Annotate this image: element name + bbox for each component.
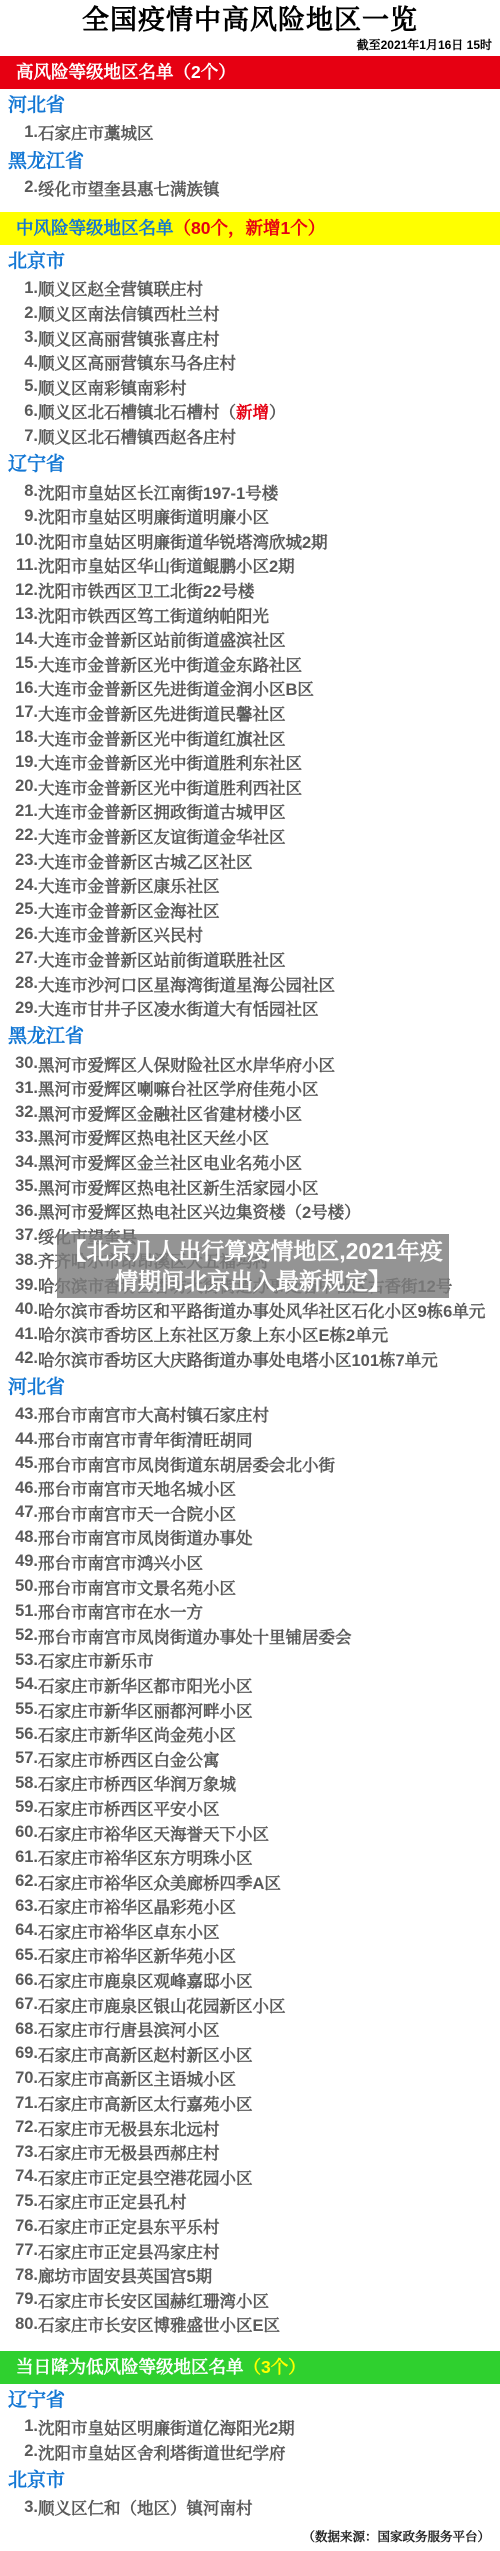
item-text: 石家庄市正定县孔村 [38,2189,187,2213]
list-item: 8.沈阳市皇姑区长江南街197-1号楼 [0,479,500,504]
list-item: 2.沈阳市皇姑区舍利塔街道世纪学府 [0,2439,500,2464]
list-item: 32.黑河市爱辉区金融社区省建材楼小区 [0,1101,500,1126]
item-number: 48. [0,1528,38,1547]
list-item: 52.邢台市南宫市凤岗街道办事处十里铺居委会 [0,1623,500,1648]
watermark-overlay: 【北京几人出行算疫情地区,2021年疫 情期间北京出入最新规定】 [57,1234,449,1298]
list-item: 24.大连市金普新区康乐社区 [0,873,500,898]
list-item: 78.廊坊市固安县英国宫5期 [0,2263,500,2288]
item-text: 石家庄市裕华区晶彩苑小区 [38,1894,236,1918]
item-text: 邢台市南宫市凤岗街道办事处 [38,1525,253,1549]
list-item: 72.石家庄市无极县东北远村 [0,2115,500,2140]
item-number: 32. [0,1103,38,1122]
item-number: 39. [0,1276,38,1295]
list-item: 80.石家庄市长安区博雅盛世小区E区 [0,2312,500,2337]
item-text: 石家庄市长安区国赫红珊湾小区 [38,2288,269,2312]
list-item: 71.石家庄市高新区太行嘉苑小区 [0,2091,500,2116]
item-text: 黑河市爱辉区热电社区新生活家园小区 [38,1175,319,1199]
item-number: 24. [0,876,38,895]
item-text: 沈阳市皇姑区明廉街道明廉小区 [38,504,269,528]
item-number: 58. [0,1774,38,1793]
item-text: 石家庄市藁城区 [38,120,154,144]
as-of-timestamp: 截至2021年1月16日 15时 [0,38,500,54]
risk-level-bar: 高风险等级地区名单（2个） [0,56,500,89]
item-number: 34. [0,1153,38,1172]
item-text: 顺义区高丽营镇东马各庄村 [38,350,236,374]
list-item: 47.邢台市南宫市天一合院小区 [0,1501,500,1526]
risk-bar-label: 中风险等级地区名单 [16,218,174,238]
province-header: 北京市 [8,2470,500,2492]
risk-bar-label: 高风险等级地区名单 [16,62,174,82]
item-number: 11. [0,556,38,575]
list-item: 57.石家庄市桥西区白金公寓 [0,1746,500,1771]
item-text: 大连市金普新区光中街道红旗社区 [38,726,286,750]
watermark-line-1: 【北京几人出行算疫情地区,2021年疫 [57,1236,449,1266]
item-text: 黑河市爱辉区金融社区省建材楼小区 [38,1101,302,1125]
item-number: 36. [0,1202,38,1221]
item-number: 14. [0,630,38,649]
list-item: 30.黑河市爱辉区人保财险社区水岸华府小区 [0,1051,500,1076]
item-number: 19. [0,753,38,772]
risk-bar-count: （2个） [174,62,236,82]
list-item: 68.石家庄市行唐县滨河小区 [0,2017,500,2042]
item-text: 石家庄市正定县空港花园小区 [38,2165,253,2189]
list-item: 75.石家庄市正定县孔村 [0,2189,500,2214]
list-item: 77.石家庄市正定县冯家庄村 [0,2238,500,2263]
item-text: 顺义区高丽营镇张喜庄村 [38,326,220,350]
item-text: 石家庄市正定县东平乐村 [38,2214,220,2238]
list-item: 31.黑河市爱辉区喇嘛台社区学府佳苑小区 [0,1076,500,1101]
item-number: 75. [0,2192,38,2211]
item-number: 68. [0,2020,38,2039]
list-item: 60.石家庄市裕华区天海誉天下小区 [0,1820,500,1845]
item-number: 9. [0,507,38,526]
list-item: 54.石家庄市新华区都市阳光小区 [0,1673,500,1698]
item-number: 71. [0,2094,38,2113]
item-text: 石家庄市裕华区卓东小区 [38,1919,220,1943]
item-text: 沈阳市皇姑区华山街道鲲鹏小区2期 [38,553,295,577]
item-text: 石家庄市桥西区白金公寓 [38,1747,220,1771]
item-number: 62. [0,1872,38,1891]
item-text: 大连市甘井子区凌水街道大有恬园社区 [38,996,319,1020]
item-number: 72. [0,2118,38,2137]
item-number: 8. [0,482,38,501]
item-number: 55. [0,1700,38,1719]
list-item: 12.沈阳市铁西区卫工北街22号楼 [0,578,500,603]
item-number: 78. [0,2266,38,2285]
list-item: 11.沈阳市皇姑区华山街道鲲鹏小区2期 [0,553,500,578]
item-text: 石家庄市裕华区众美廊桥四季A区 [38,1870,281,1894]
data-source-note: （数据来源：国家政务服务平台） [302,2527,490,2545]
list-item: 65.石家庄市裕华区新华苑小区 [0,1943,500,1968]
list-item: 29.大连市甘井子区凌水街道大有恬园社区 [0,996,500,1021]
new-badge: 新增 [236,399,269,423]
item-text: 沈阳市皇姑区舍利塔街道世纪学府 [38,2440,286,2464]
list-item: 63.石家庄市裕华区晶彩苑小区 [0,1894,500,1919]
item-text: 沈阳市皇姑区长江南街197-1号楼 [38,480,278,504]
item-number: 2. [0,2442,38,2461]
item-number: 57. [0,1749,38,1768]
list-item: 49.邢台市南宫市鸿兴小区 [0,1550,500,1575]
list-item: 1.石家庄市藁城区 [0,120,500,145]
item-text: 顺义区赵全营镇联庄村 [38,276,203,300]
item-number: 53. [0,1651,38,1670]
item-number: 21. [0,802,38,821]
item-text: 邢台市南宫市大高村镇石家庄村 [38,1402,269,1426]
list-item: 16.大连市金普新区先进街道金润小区B区 [0,676,500,701]
item-number: 54. [0,1675,38,1694]
item-text: 邢台市南宫市凤岗街道东胡居委会北小街 [38,1452,335,1476]
list-item: 58.石家庄市桥西区华润万象城 [0,1771,500,1796]
item-number: 25. [0,900,38,919]
list-item: 18.大连市金普新区光中街道红旗社区 [0,725,500,750]
item-number: 2. [0,178,38,197]
list-item: 74.石家庄市正定县空港花园小区 [0,2165,500,2190]
list-item: 21.大连市金普新区拥政街道古城甲区 [0,799,500,824]
item-text: 哈尔滨市香坊区和平路街道办事处风华社区石化小区9栋6单元 [38,1298,485,1322]
item-text: 石家庄市桥西区平安小区 [38,1796,220,1820]
item-number: 77. [0,2241,38,2260]
item-text: 大连市金普新区金海社区 [38,898,220,922]
item-number: 37. [0,1226,38,1245]
item-number: 79. [0,2290,38,2309]
province-header: 河北省 [8,95,500,117]
item-number: 46. [0,1479,38,1498]
item-number: 15. [0,654,38,673]
list-item: 22.大连市金普新区友谊街道金华社区 [0,824,500,849]
list-item: 3.顺义区仁和（地区）镇河南村 [0,2495,500,2520]
item-number: 4. [0,353,38,372]
item-number: 35. [0,1177,38,1196]
item-number: 26. [0,925,38,944]
item-text: 石家庄市新乐市 [38,1648,154,1672]
item-text: 大连市沙河口区星海湾街道星海公园社区 [38,972,335,996]
item-number: 22. [0,826,38,845]
item-text: 黑河市爱辉区人保财险社区水岸华府小区 [38,1052,335,1076]
item-number: 47. [0,1503,38,1522]
item-text: 石家庄市桥西区华润万象城 [38,1771,236,1795]
item-number: 17. [0,703,38,722]
item-number: 73. [0,2143,38,2162]
item-number: 61. [0,1848,38,1867]
item-number: 27. [0,949,38,968]
item-text: 大连市金普新区光中街道胜利东社区 [38,750,302,774]
list-item: 56.石家庄市新华区尚金苑小区 [0,1722,500,1747]
item-number: 76. [0,2217,38,2236]
province-header: 辽宁省 [8,2390,500,2412]
list-item: 13.沈阳市铁西区笃工街道纳帕阳光 [0,602,500,627]
item-text: 顺义区北石槽镇西赵各庄村 [38,424,236,448]
item-number: 64. [0,1921,38,1940]
item-text: 大连市金普新区拥政街道古城甲区 [38,799,286,823]
item-text: 顺义区北石槽镇北石槽村 [38,399,220,423]
item-text: 大连市金普新区站前街道盛滨社区 [38,627,286,651]
item-number: 43. [0,1405,38,1424]
item-text: 大连市金普新区康乐社区 [38,873,220,897]
item-text: 大连市金普新区光中街道金东路社区 [38,652,302,676]
list-item: 61.石家庄市裕华区东方明珠小区 [0,1845,500,1870]
list-item: 7.顺义区北石槽镇西赵各庄村 [0,424,500,449]
list-item: 64.石家庄市裕华区卓东小区 [0,1919,500,1944]
item-number: 1. [0,279,38,298]
list-item: 66.石家庄市鹿泉区观峰嘉邸小区 [0,1968,500,1993]
list-item: 25.大连市金普新区金海社区 [0,897,500,922]
item-text: 大连市金普新区兴民村 [38,922,203,946]
item-text: 顺义区南彩镇南彩村 [38,375,187,399]
item-text: 邢台市南宫市凤岗街道办事处十里铺居委会 [38,1624,352,1648]
item-number: 30. [0,1054,38,1073]
item-text: 邢台市南宫市鸿兴小区 [38,1550,203,1574]
list-item: 40.哈尔滨市香坊区和平路街道办事处风华社区石化小区9栋6单元 [0,1297,500,1322]
item-number: 80. [0,2315,38,2334]
list-item: 20.大连市金普新区光中街道胜利西社区 [0,774,500,799]
item-text: 石家庄市正定县冯家庄村 [38,2239,220,2263]
item-text: 石家庄市裕华区天海誉天下小区 [38,1821,269,1845]
item-text: 黑河市爱辉区热电社区天丝小区 [38,1125,269,1149]
item-number: 40. [0,1300,38,1319]
list-item: 15.大连市金普新区光中街道金东路社区 [0,652,500,677]
item-number: 45. [0,1454,38,1473]
item-text: 沈阳市皇姑区明廉街道华锐塔湾欣城2期 [38,529,328,553]
item-text: 大连市金普新区先进街道民馨社区 [38,701,286,725]
item-number: 20. [0,777,38,796]
item-number: 49. [0,1552,38,1571]
item-text: 大连市金普新区古城乙区社区 [38,849,253,873]
risk-level-bar: 中风险等级地区名单（80个，新增1个） [0,212,500,245]
item-text: 黑河市爱辉区金兰社区电业名苑小区 [38,1150,302,1174]
item-number: 69. [0,2044,38,2063]
item-number: 23. [0,851,38,870]
item-text: 石家庄市裕华区新华苑小区 [38,1943,236,1967]
list-item: 48.邢台市南宫市凤岗街道办事处 [0,1525,500,1550]
item-text: 大连市金普新区先进街道金润小区B区 [38,676,314,700]
item-text: 石家庄市鹿泉区观峰嘉邸小区 [38,1968,253,1992]
province-header: 黑龙江省 [8,1026,500,1048]
list-item: 1.顺义区赵全营镇联庄村 [0,276,500,301]
item-number: 63. [0,1897,38,1916]
item-number: 56. [0,1725,38,1744]
item-number: 16. [0,679,38,698]
list-item: 9.沈阳市皇姑区明廉街道明廉小区 [0,504,500,529]
list-item: 76.石家庄市正定县东平乐村 [0,2214,500,2239]
list-item: 69.石家庄市高新区赵村新区小区 [0,2042,500,2067]
item-number: 60. [0,1823,38,1842]
list-item: 43.邢台市南宫市大高村镇石家庄村 [0,1402,500,1427]
item-number: 38. [0,1251,38,1270]
item-text: 石家庄市新华区都市阳光小区 [38,1673,253,1697]
item-text: 石家庄市新华区丽都河畔小区 [38,1698,253,1722]
list-item: 79.石家庄市长安区国赫红珊湾小区 [0,2288,500,2313]
list-item: 42.哈尔滨市香坊区大庆路街道办事处电塔小区101栋7单元 [0,1347,500,1372]
province-header: 河北省 [8,1377,500,1399]
item-text: 沈阳市皇姑区明廉街道亿海阳光2期 [38,2415,295,2439]
risk-bar-label: 当日降为低风险等级地区名单 [16,2357,244,2377]
item-text: 石家庄市长安区博雅盛世小区E区 [38,2312,280,2336]
list-item: 3.顺义区高丽营镇张喜庄村 [0,325,500,350]
item-text: 沈阳市铁西区笃工街道纳帕阳光 [38,603,269,627]
item-number: 41. [0,1325,38,1344]
item-text: 邢台市南宫市天地名城小区 [38,1476,236,1500]
list-item: 23.大连市金普新区古城乙区社区 [0,848,500,873]
item-text: 顺义区南法信镇西杜兰村 [38,301,220,325]
item-text: 顺义区仁和（地区）镇河南村 [38,2495,253,2519]
item-number: 10. [0,531,38,550]
item-text: 廊坊市固安县英国宫5期 [38,2263,212,2287]
item-number: 44. [0,1430,38,1449]
list-item: 36.黑河市爱辉区热电社区兴边集资楼（2号楼） [0,1199,500,1224]
item-text: 石家庄市高新区太行嘉苑小区 [38,2091,253,2115]
list-item: 44.邢台市南宫市青年街清旺胡同 [0,1427,500,1452]
item-number: 1. [0,2417,38,2436]
item-text: 哈尔滨市香坊区上东社区万象上东小区E栋2单元 [38,1322,388,1346]
list-item: 34.黑河市爱辉区金兰社区电业名苑小区 [0,1150,500,1175]
province-header: 北京市 [8,251,500,273]
list-item: 70.石家庄市高新区主语城小区 [0,2066,500,2091]
list-item: 67.石家庄市鹿泉区银山花园新区小区 [0,1992,500,2017]
risk-bar-count: （3个） [244,2357,306,2377]
list-item: 28.大连市沙河口区星海湾街道星海公园社区 [0,971,500,996]
list-item: 55.石家庄市新华区丽都河畔小区 [0,1697,500,1722]
item-text: 哈尔滨市香坊区大庆路街道办事处电塔小区101栋7单元 [38,1347,438,1371]
list-item: 5.顺义区南彩镇南彩村 [0,375,500,400]
item-number: 1. [0,123,38,142]
item-number: 59. [0,1798,38,1817]
item-number: 5. [0,377,38,396]
list-item: 6.顺义区北石槽镇北石槽村 （新增） [0,399,500,424]
item-number: 67. [0,1995,38,2014]
list-item: 46.邢台市南宫市天地名城小区 [0,1476,500,1501]
list-item: 62.石家庄市裕华区众美廊桥四季A区 [0,1869,500,1894]
item-text: 沈阳市铁西区卫工北街22号楼 [38,578,254,602]
item-number: 51. [0,1602,38,1621]
list-item: 59.石家庄市桥西区平安小区 [0,1796,500,1821]
item-number: 74. [0,2167,38,2186]
list-item: 2.顺义区南法信镇西杜兰村 [0,301,500,326]
item-number: 70. [0,2069,38,2088]
item-number: 52. [0,1626,38,1645]
item-text: 大连市金普新区友谊街道金华社区 [38,824,286,848]
list-item: 27.大连市金普新区站前街道联胜社区 [0,947,500,972]
item-text: 石家庄市高新区赵村新区小区 [38,2042,253,2066]
list-item: 14.大连市金普新区站前街道盛滨社区 [0,627,500,652]
item-number: 13. [0,605,38,624]
item-number: 12. [0,581,38,600]
list-item: 4.顺义区高丽营镇东马各庄村 [0,350,500,375]
item-text: 石家庄市无极县西郝庄村 [38,2140,220,2164]
province-header: 黑龙江省 [8,151,500,173]
item-text: 石家庄市高新区主语城小区 [38,2066,236,2090]
item-text: 石家庄市鹿泉区银山花园新区小区 [38,1993,286,2017]
list-item: 1.沈阳市皇姑区明廉街道亿海阳光2期 [0,2415,500,2440]
risk-bar-count: （80个，新增1个） [174,218,326,238]
item-number: 65. [0,1946,38,1965]
list-item: 53.石家庄市新乐市 [0,1648,500,1673]
list-item: 19.大连市金普新区光中街道胜利东社区 [0,750,500,775]
item-number: 7. [0,427,38,446]
item-text: 邢台市南宫市在水一方 [38,1599,203,1623]
list-item: 17.大连市金普新区先进街道民馨社区 [0,701,500,726]
item-text: 黑河市爱辉区喇嘛台社区学府佳苑小区 [38,1076,319,1100]
item-number: 31. [0,1079,38,1098]
item-text: 大连市金普新区站前街道联胜社区 [38,947,286,971]
list-item: 10.沈阳市皇姑区明廉街道华锐塔湾欣城2期 [0,529,500,554]
list-item: 51.邢台市南宫市在水一方 [0,1599,500,1624]
item-number: 3. [0,328,38,347]
item-number: 29. [0,999,38,1018]
item-text: 石家庄市无极县东北远村 [38,2116,220,2140]
item-number: 6. [0,402,38,421]
item-text: 邢台市南宫市青年街清旺胡同 [38,1427,253,1451]
item-text: 邢台市南宫市天一合院小区 [38,1501,236,1525]
item-text: 黑河市爱辉区热电社区兴边集资楼（2号楼） [38,1199,361,1223]
watermark-line-2: 情期间北京出入最新规定】 [57,1266,449,1296]
item-number: 50. [0,1577,38,1596]
item-number: 42. [0,1349,38,1368]
item-text: 石家庄市行唐县滨河小区 [38,2017,220,2041]
item-text: 石家庄市裕华区东方明珠小区 [38,1845,253,1869]
list-item: 2.绥化市望奎县惠七满族镇 [0,176,500,201]
item-number: 33. [0,1128,38,1147]
list-item: 73.石家庄市无极县西郝庄村 [0,2140,500,2165]
item-number: 3. [0,2498,38,2517]
item-number: 18. [0,728,38,747]
item-number: 66. [0,1971,38,1990]
list-item: 50.邢台市南宫市文景名苑小区 [0,1574,500,1599]
list-item: 35.黑河市爱辉区热电社区新生活家园小区 [0,1174,500,1199]
list-item: 33.黑河市爱辉区热电社区天丝小区 [0,1125,500,1150]
item-text: 大连市金普新区光中街道胜利西社区 [38,775,302,799]
item-number: 28. [0,974,38,993]
list-item: 45.邢台市南宫市凤岗街道东胡居委会北小街 [0,1451,500,1476]
item-text: 石家庄市新华区尚金苑小区 [38,1722,236,1746]
province-header: 辽宁省 [8,454,500,476]
list-item: 41.哈尔滨市香坊区上东社区万象上东小区E栋2单元 [0,1322,500,1347]
item-number: 2. [0,304,38,323]
list-item: 26.大连市金普新区兴民村 [0,922,500,947]
risk-level-bar: 当日降为低风险等级地区名单（3个） [0,2351,500,2384]
page-title: 全国疫情中高风险地区一览 [0,0,500,38]
item-text: 绥化市望奎县惠七满族镇 [38,176,220,200]
item-text: 邢台市南宫市文景名苑小区 [38,1575,236,1599]
